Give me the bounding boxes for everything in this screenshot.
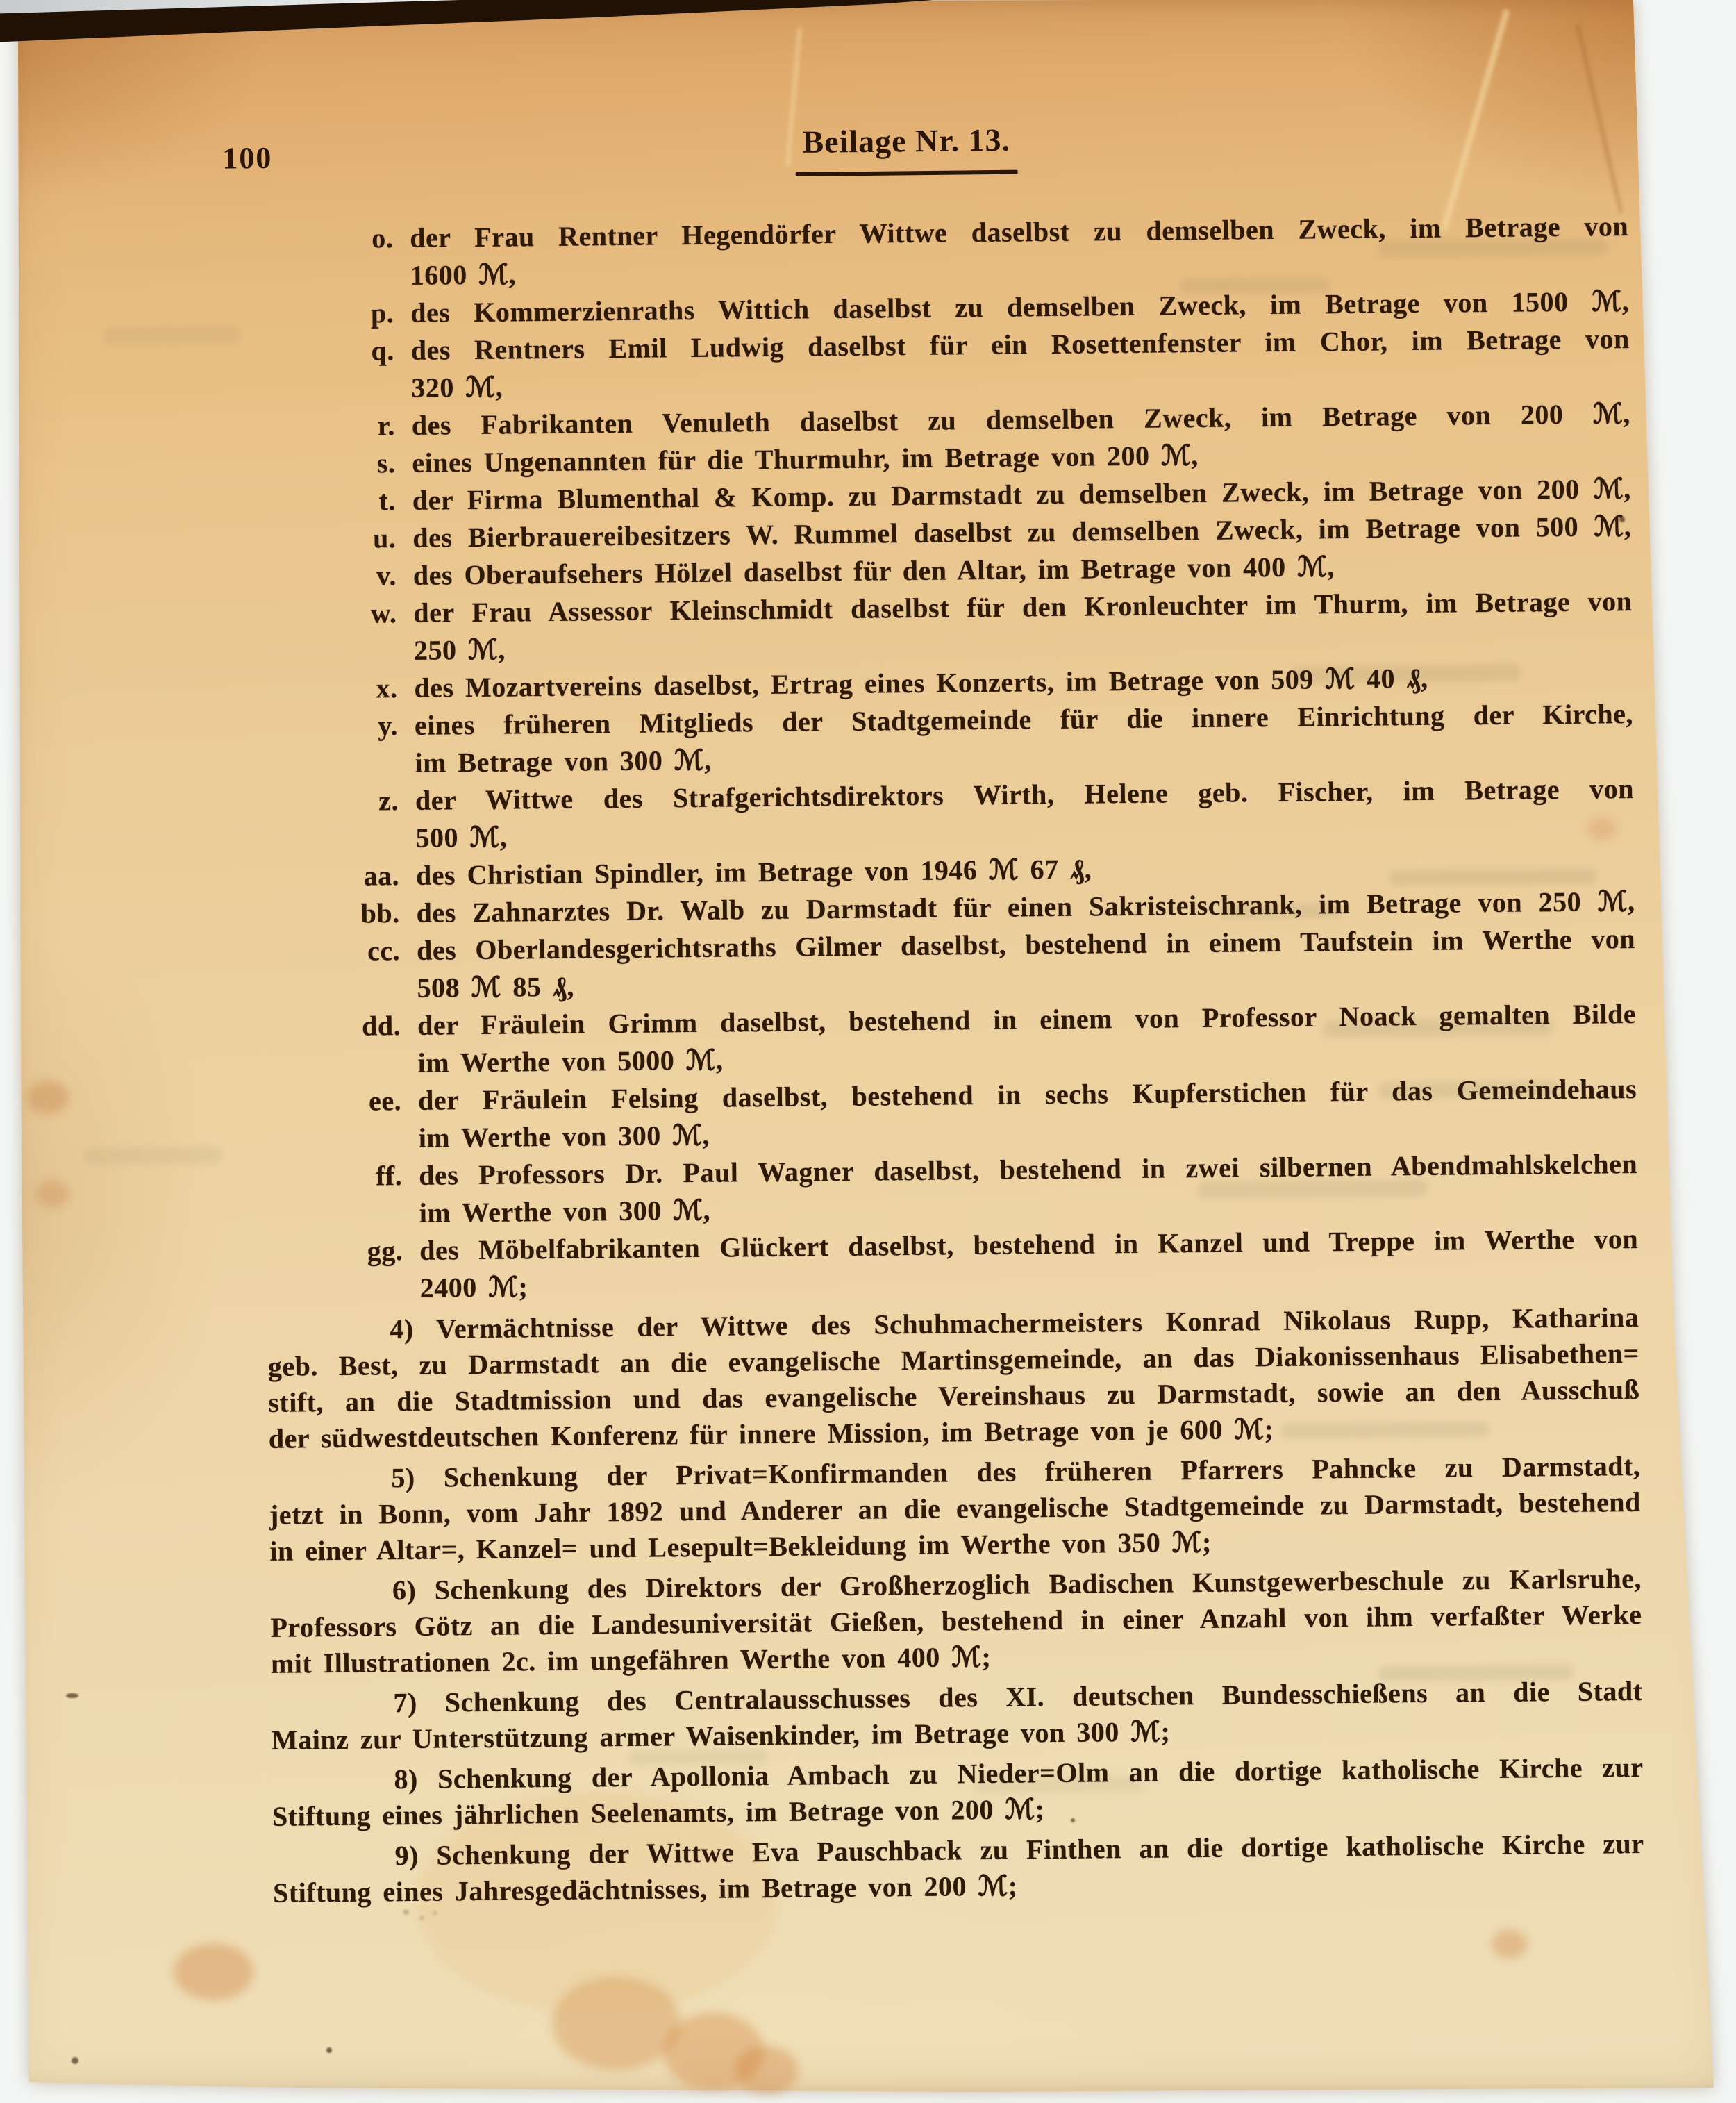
bleedthrough-ghost bbox=[104, 326, 240, 345]
stain bbox=[735, 2046, 799, 2095]
page-number: 100 bbox=[222, 140, 273, 176]
lettered-items: o.der Frau Rentner Hegendörfer Wittwe da… bbox=[257, 208, 1639, 1308]
item-label: bb. bbox=[330, 895, 400, 933]
scanned-page: 100 Beilage Nr. 13. o.der Frau Rentner H… bbox=[0, 0, 1736, 2103]
item-label: q. bbox=[325, 332, 395, 370]
item-label: gg. bbox=[333, 1232, 403, 1270]
stain bbox=[26, 1081, 69, 1114]
item-label: x. bbox=[328, 670, 398, 708]
stain bbox=[174, 1943, 253, 2000]
ink-speck bbox=[72, 2057, 78, 2064]
ink-speck bbox=[66, 1693, 78, 1698]
item-label: o. bbox=[324, 219, 394, 258]
ink-speck bbox=[326, 2047, 332, 2053]
item-label: dd. bbox=[331, 1007, 401, 1045]
page-title: Beilage Nr. 13. bbox=[722, 121, 1091, 162]
stain bbox=[36, 1181, 69, 1207]
item-label: r. bbox=[326, 407, 396, 445]
item-label: 4) bbox=[390, 1313, 414, 1345]
item-label: ff. bbox=[333, 1157, 403, 1195]
item-label: 8) bbox=[394, 1763, 418, 1795]
numbered-items: 4) Vermächtnisse der Wittwe des Schuhmac… bbox=[267, 1299, 1644, 1911]
item-label: v. bbox=[327, 557, 397, 595]
bleedthrough-ghost bbox=[83, 1147, 222, 1165]
item-label: p. bbox=[324, 294, 394, 333]
item-label: ee. bbox=[332, 1082, 402, 1120]
item-label: z. bbox=[329, 782, 399, 820]
stain bbox=[1492, 1929, 1528, 1959]
item-label: u. bbox=[326, 519, 397, 558]
item-label: s. bbox=[326, 444, 396, 483]
item-label: 5) bbox=[391, 1462, 415, 1493]
item-label: 7) bbox=[393, 1687, 417, 1718]
item-label: y. bbox=[328, 707, 399, 745]
item-label: 6) bbox=[392, 1574, 417, 1606]
item-label: aa. bbox=[330, 857, 400, 895]
item-label: 9) bbox=[394, 1840, 419, 1871]
item-label: w. bbox=[327, 595, 397, 633]
document-body: o.der Frau Rentner Hegendörfer Wittwe da… bbox=[257, 208, 1644, 1911]
item-label: cc. bbox=[331, 932, 401, 970]
item-label: t. bbox=[326, 482, 397, 520]
